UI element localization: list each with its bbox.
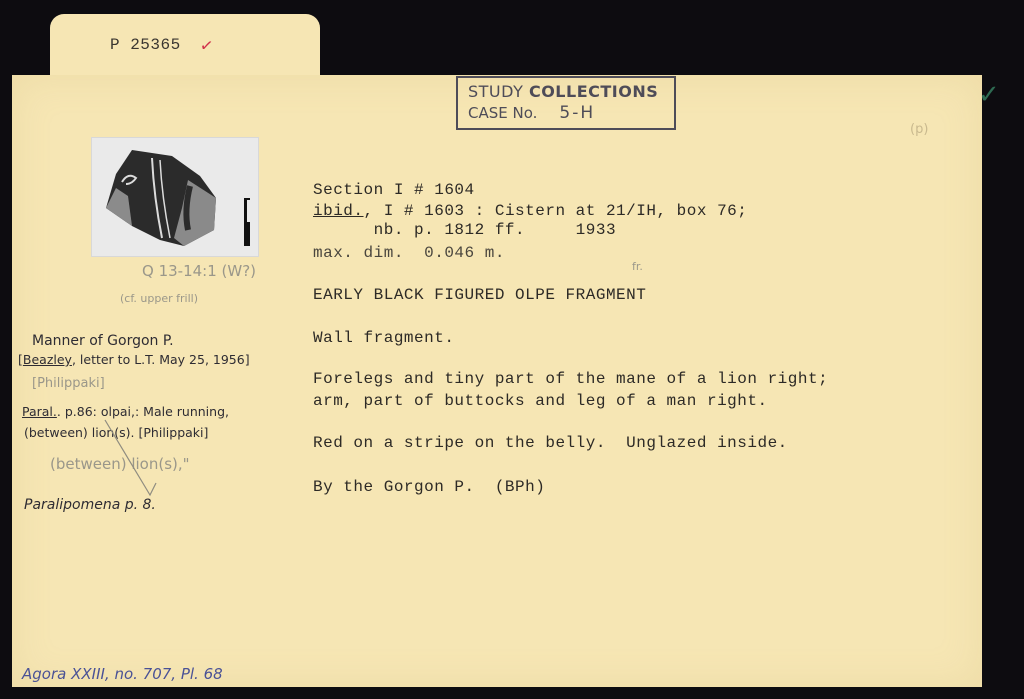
accession-number: P 25365 [110, 36, 181, 54]
part-line: Wall fragment. [313, 329, 454, 347]
stamp-study: STUDY [468, 82, 523, 101]
faint-pencil-mark: (p) [910, 122, 928, 137]
card-tab-left-notch [12, 40, 52, 76]
beazley-name: Beazley [23, 352, 72, 367]
red-check-icon: ✓ [199, 35, 215, 56]
ibid-line: ibid., I # 1603 : Cistern at 21/IH, box … [313, 202, 747, 220]
stamp-case-label: CASE No. [468, 104, 537, 122]
fragment-photo [91, 137, 259, 257]
paralipomena-reference: Paralipomena p. 8. [24, 497, 156, 513]
attribution-line: By the Gorgon P. (BPh) [313, 478, 545, 496]
study-collections-stamp: STUDY COLLECTIONS CASE No.5-H [456, 76, 676, 130]
notebook-line: nb. p. 1812 ff. 1933 [313, 221, 616, 239]
description-line-2: arm, part of buttocks and leg of a man r… [313, 392, 768, 410]
section-line: Section I # 1604 [313, 181, 475, 199]
title-correction: fr. [632, 260, 643, 273]
dimension-line: max. dim. 0.046 m. [313, 244, 505, 262]
paral-abbrev: Paral. [22, 404, 57, 419]
object-title: EARLY BLACK FIGURED OLPE FRAGMENT [313, 286, 646, 304]
pencil-arrow-icon [100, 415, 170, 505]
photo-negative-number: Q 13-14:1 (W?) [142, 262, 256, 280]
ibid-rest: , I # 1603 : Cistern at 21/IH, box 76; [364, 202, 748, 220]
manner-of-gorgon-note: Manner of Gorgon P. [32, 333, 174, 349]
agora-bibliography: Agora XXIII, no. 707, Pl. 68 [22, 665, 223, 683]
decoration-line: Red on a stripe on the belly. Unglazed i… [313, 434, 788, 452]
stamp-collections: COLLECTIONS [529, 82, 658, 101]
stamp-case-value: 5-H [559, 103, 595, 123]
beazley-note: [Beazley, letter to L.T. May 25, 1956] [18, 352, 250, 367]
ibid-word: ibid. [313, 202, 364, 220]
philippaki-pencil-note: [Philippaki] [32, 376, 105, 391]
green-check-icon: ✓ [978, 80, 1000, 110]
photo-caption-note: (cf. upper frill) [120, 292, 198, 305]
pottery-fragment-image [92, 138, 258, 256]
beazley-rest: , letter to L.T. May 25, 1956] [72, 352, 250, 367]
description-line-1: Forelegs and tiny part of the mane of a … [313, 370, 828, 388]
